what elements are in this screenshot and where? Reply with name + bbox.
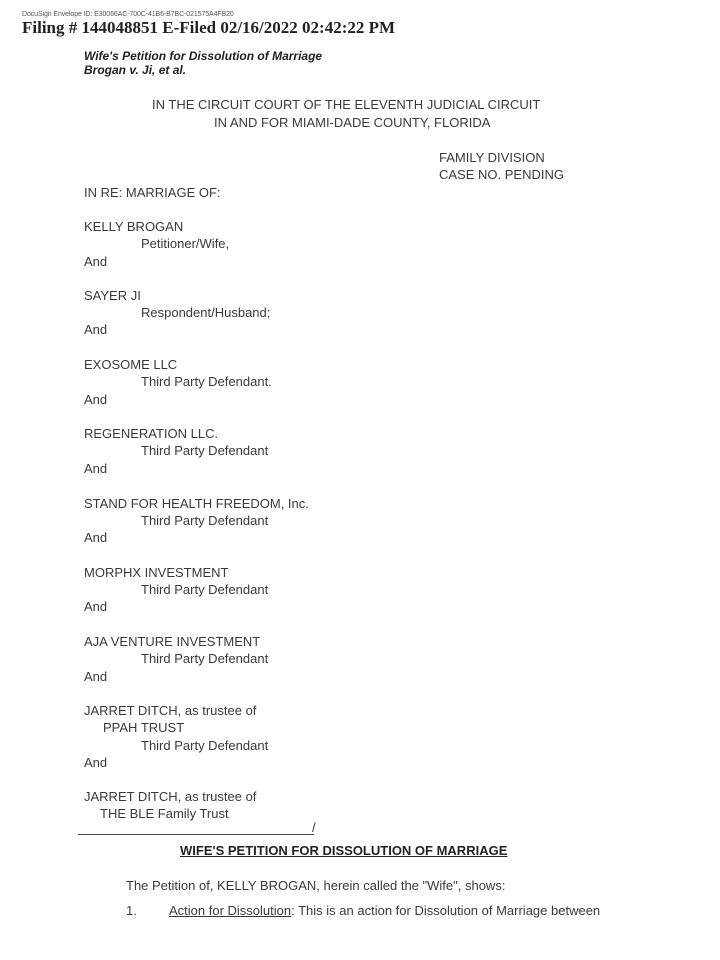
- caption-slash: /: [312, 820, 316, 835]
- party-role: Third Party Defendant: [141, 513, 268, 528]
- party-name: KELLY BROGAN: [84, 219, 183, 234]
- case-short-title: Brogan v. Ji, et al.: [84, 63, 186, 77]
- paragraph-text: : This is an action for Dissolution of M…: [291, 903, 600, 918]
- party-name: JARRET DITCH, as trustee of: [84, 789, 256, 804]
- paragraph-heading: Action for Dissolution: [169, 903, 291, 918]
- party-role: Third Party Defendant: [141, 738, 268, 753]
- party-role: Third Party Defendant: [141, 651, 268, 666]
- caption-closing-line: [78, 820, 314, 835]
- party-name: SAYER JI: [84, 288, 141, 303]
- case-number: CASE NO. PENDING: [439, 167, 564, 182]
- party-joiner: And: [84, 461, 107, 476]
- in-re-label: IN RE: MARRIAGE OF:: [84, 185, 221, 200]
- party-joiner: And: [84, 669, 107, 684]
- court-name-line1: IN THE CIRCUIT COURT OF THE ELEVENTH JUD…: [152, 97, 540, 112]
- party-joiner: And: [84, 755, 107, 770]
- party-role: Petitioner/Wife,: [141, 236, 229, 251]
- party-subname: PPAH TRUST: [103, 720, 184, 735]
- division-label: FAMILY DIVISION: [439, 150, 545, 165]
- party-joiner: And: [84, 254, 107, 269]
- party-name: AJA VENTURE INVESTMENT: [84, 634, 260, 649]
- party-joiner: And: [84, 392, 107, 407]
- filing-stamp: Filing # 144048851 E-Filed 02/16/2022 02…: [22, 18, 395, 38]
- paragraph-1: Action for Dissolution: This is an actio…: [169, 903, 600, 918]
- party-name: MORPHX INVESTMENT: [84, 565, 228, 580]
- party-role: Third Party Defendant: [141, 443, 268, 458]
- paragraph-number: 1.: [126, 903, 137, 918]
- party-role: Respondent/Husband;: [141, 305, 270, 320]
- party-joiner: And: [84, 530, 107, 545]
- party-joiner: And: [84, 599, 107, 614]
- petition-intro: The Petition of, KELLY BROGAN, herein ca…: [126, 878, 505, 893]
- party-role: Third Party Defendant.: [141, 374, 272, 389]
- document-title-header: Wife's Petition for Dissolution of Marri…: [84, 49, 322, 63]
- party-name: STAND FOR HEALTH FREEDOM, Inc.: [84, 496, 309, 511]
- court-name-line2: IN AND FOR MIAMI-DADE COUNTY, FLORIDA: [214, 115, 490, 130]
- party-name: JARRET DITCH, as trustee of: [84, 703, 256, 718]
- party-role: Third Party Defendant: [141, 582, 268, 597]
- petition-title: WIFE'S PETITION FOR DISSOLUTION OF MARRI…: [180, 843, 507, 858]
- party-subname: THE BLE Family Trust: [100, 806, 229, 821]
- docusign-envelope-id: DocuSign Envelope ID: E30066AC-700C-41B6…: [22, 11, 234, 18]
- party-name: EXOSOME LLC: [84, 357, 177, 372]
- party-name: REGENERATION LLC.: [84, 426, 218, 441]
- party-joiner: And: [84, 322, 107, 337]
